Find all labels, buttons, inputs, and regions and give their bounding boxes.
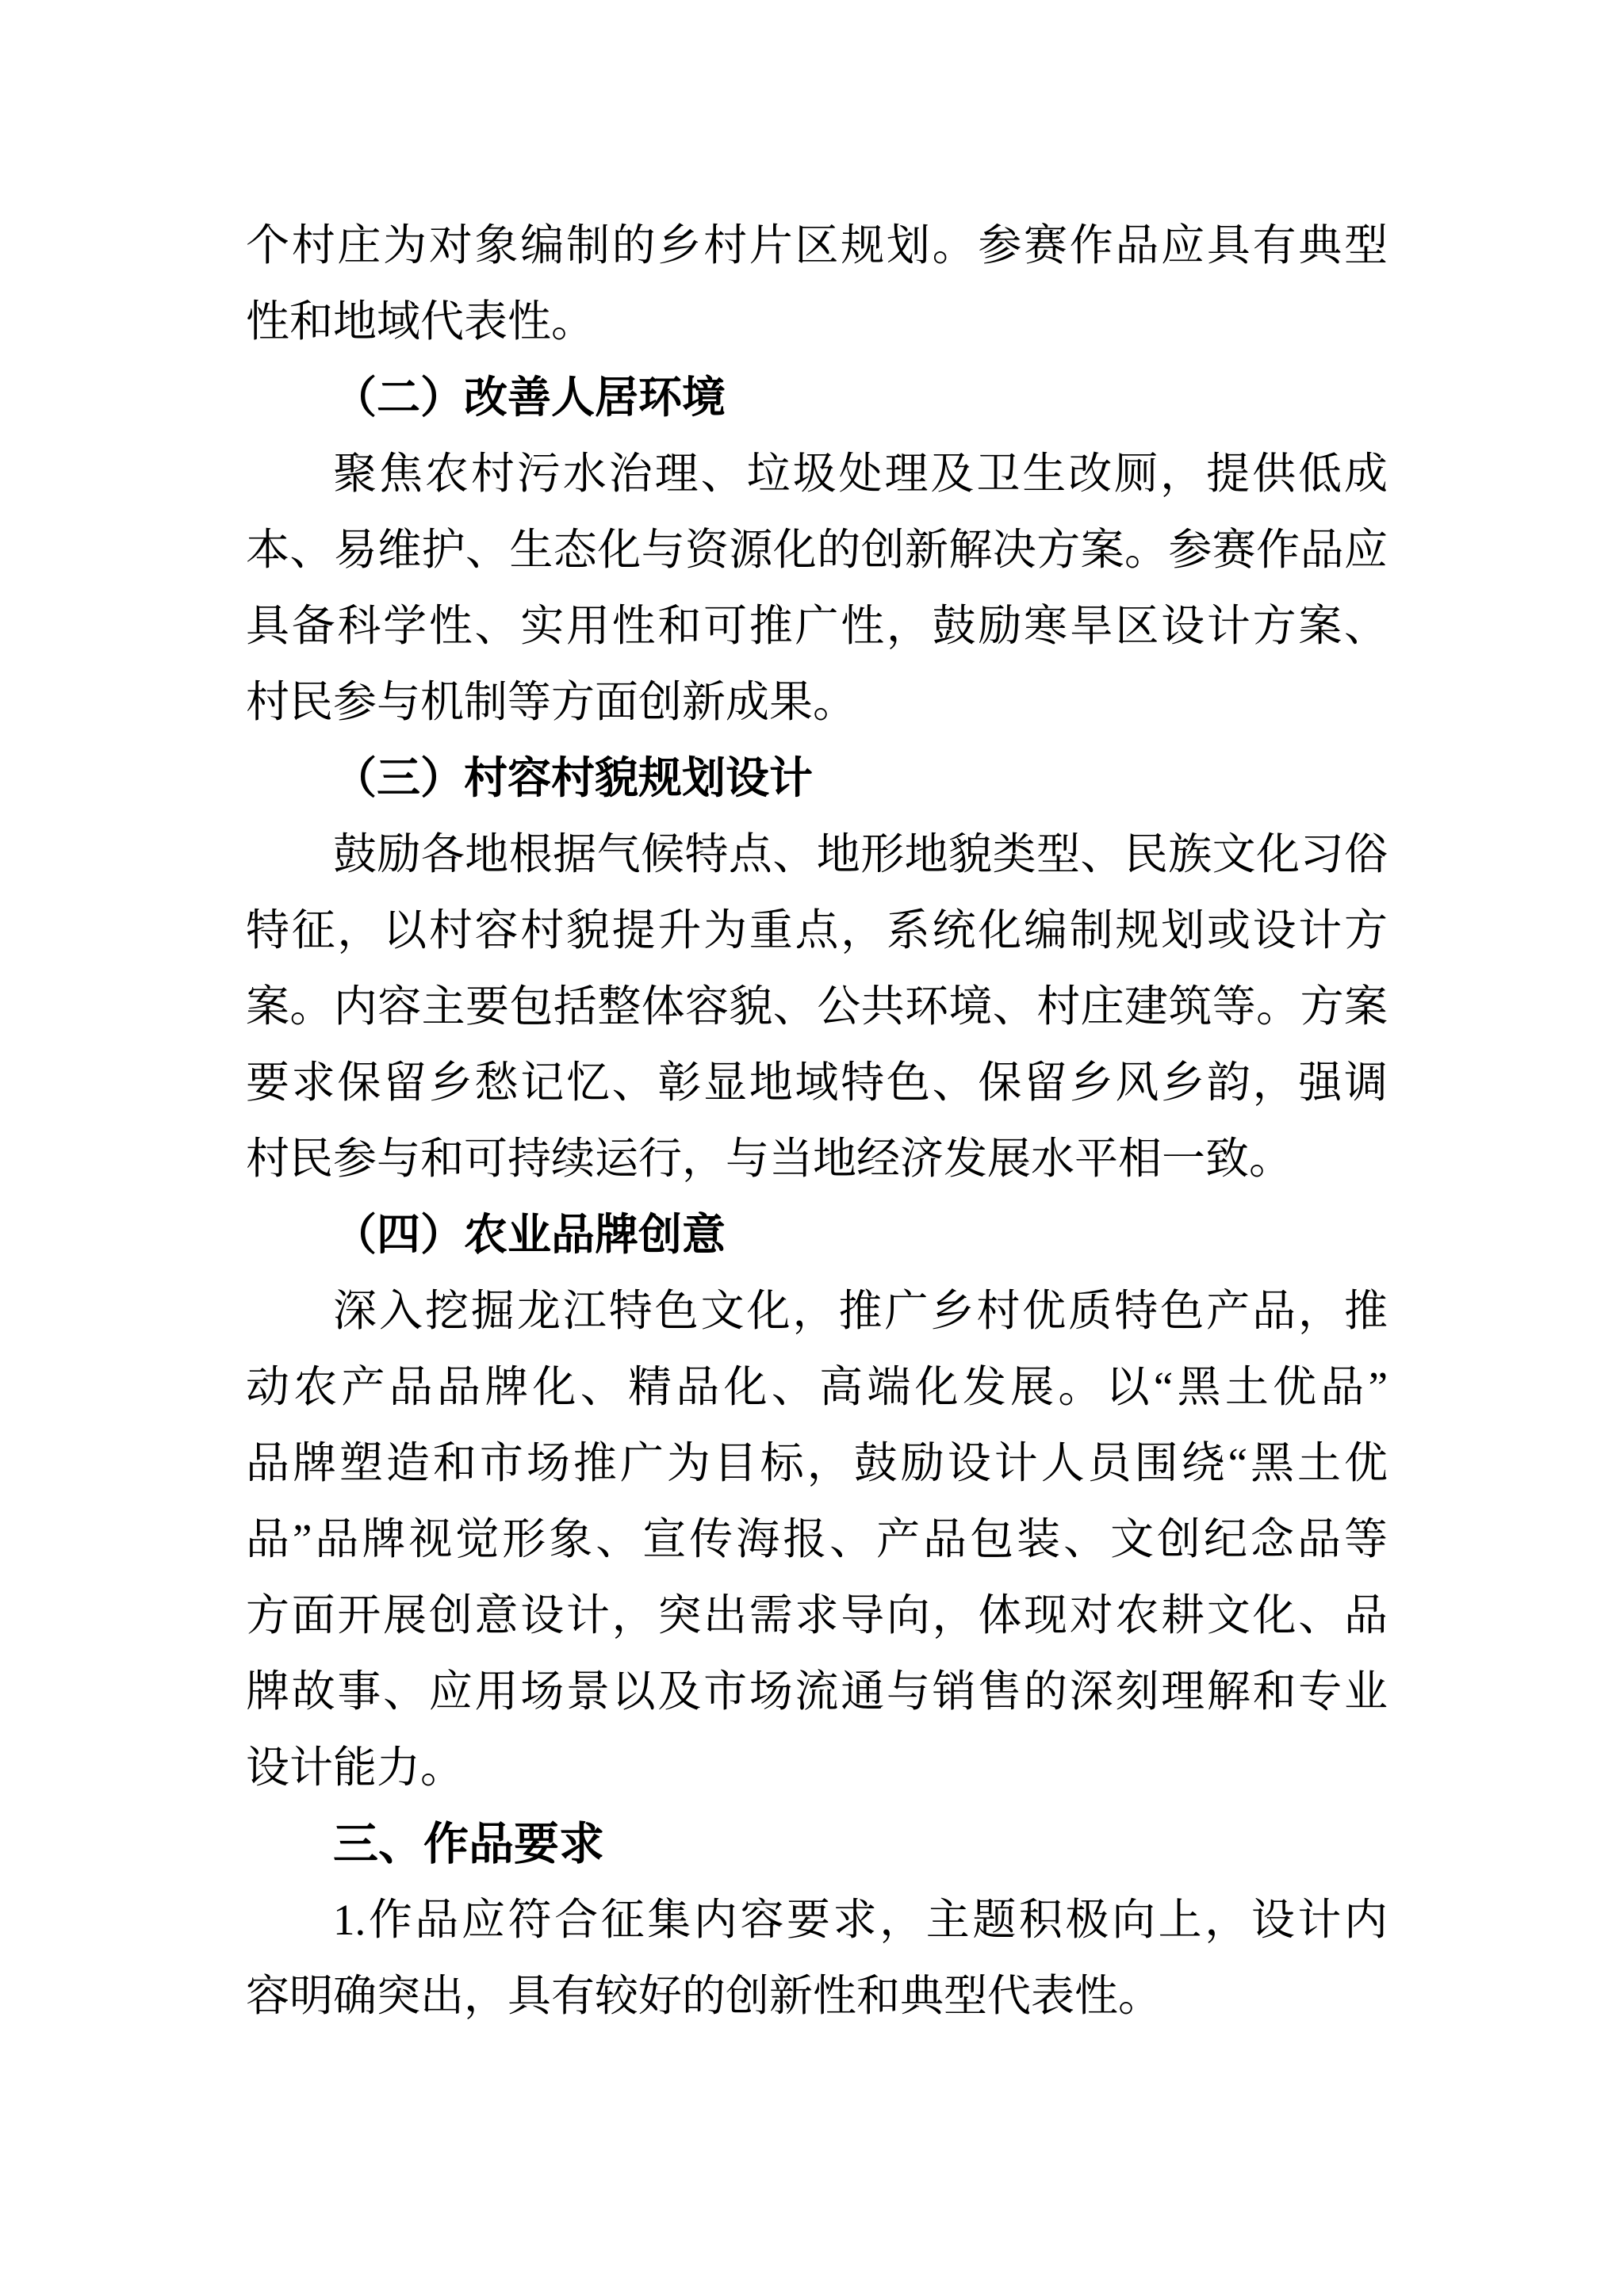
body-line: 品”品牌视觉形象、宣传海报、产品包装、文创纪念品等 bbox=[246, 1502, 1388, 1578]
section-heading: （三）村容村貌规划设计 bbox=[246, 740, 1388, 817]
body-line: 容明确突出，具有较好的创新性和典型代表性。 bbox=[246, 1958, 1388, 2034]
body-line: 动农产品品牌化、精品化、高端化发展。以“黑土优品” bbox=[246, 1349, 1388, 1425]
body-line: 深入挖掘龙江特色文化，推广乡村优质特色产品，推 bbox=[246, 1273, 1388, 1349]
body-line: 鼓励各地根据气候特点、地形地貌类型、民族文化习俗 bbox=[246, 817, 1388, 893]
text-column: 个村庄为对象编制的乡村片区规划。参赛作品应具有典型 性和地域代表性。 （二）改善… bbox=[246, 208, 1388, 2034]
body-line: 品牌塑造和市场推广为目标，鼓励设计人员围绕“黑土优 bbox=[246, 1425, 1388, 1502]
body-line: 村民参与和可持续运行，与当地经济发展水平相一致。 bbox=[246, 1121, 1388, 1197]
body-line: 特征，以村容村貌提升为重点，系统化编制规划或设计方 bbox=[246, 893, 1388, 969]
chapter-heading: 三、作品要求 bbox=[246, 1806, 1388, 1882]
body-line: 案。内容主要包括整体容貌、公共环境、村庄建筑等。方案 bbox=[246, 969, 1388, 1045]
body-line: 设计能力。 bbox=[246, 1730, 1388, 1806]
body-line: 方面开展创意设计，突出需求导向，体现对农耕文化、品 bbox=[246, 1578, 1388, 1654]
section-heading: （二）改善人居环境 bbox=[246, 360, 1388, 436]
body-line: 聚焦农村污水治理、垃圾处理及卫生改厕，提供低成 bbox=[246, 436, 1388, 512]
body-line: 本、易维护、生态化与资源化的创新解决方案。参赛作品应 bbox=[246, 512, 1388, 588]
body-line: 牌故事、应用场景以及市场流通与销售的深刻理解和专业 bbox=[246, 1654, 1388, 1730]
body-line: 性和地域代表性。 bbox=[246, 284, 1388, 360]
body-line: 1.作品应符合征集内容要求，主题积极向上，设计内 bbox=[246, 1882, 1388, 1958]
body-line: 要求保留乡愁记忆、彰显地域特色、保留乡风乡韵，强调 bbox=[246, 1045, 1388, 1121]
body-line: 个村庄为对象编制的乡村片区规划。参赛作品应具有典型 bbox=[246, 208, 1388, 284]
body-line: 村民参与机制等方面创新成果。 bbox=[246, 664, 1388, 740]
document-page: 个村庄为对象编制的乡村片区规划。参赛作品应具有典型 性和地域代表性。 （二）改善… bbox=[0, 0, 1624, 2296]
section-heading: （四）农业品牌创意 bbox=[246, 1197, 1388, 1273]
body-line: 具备科学性、实用性和可推广性，鼓励寒旱区设计方案、 bbox=[246, 588, 1388, 664]
